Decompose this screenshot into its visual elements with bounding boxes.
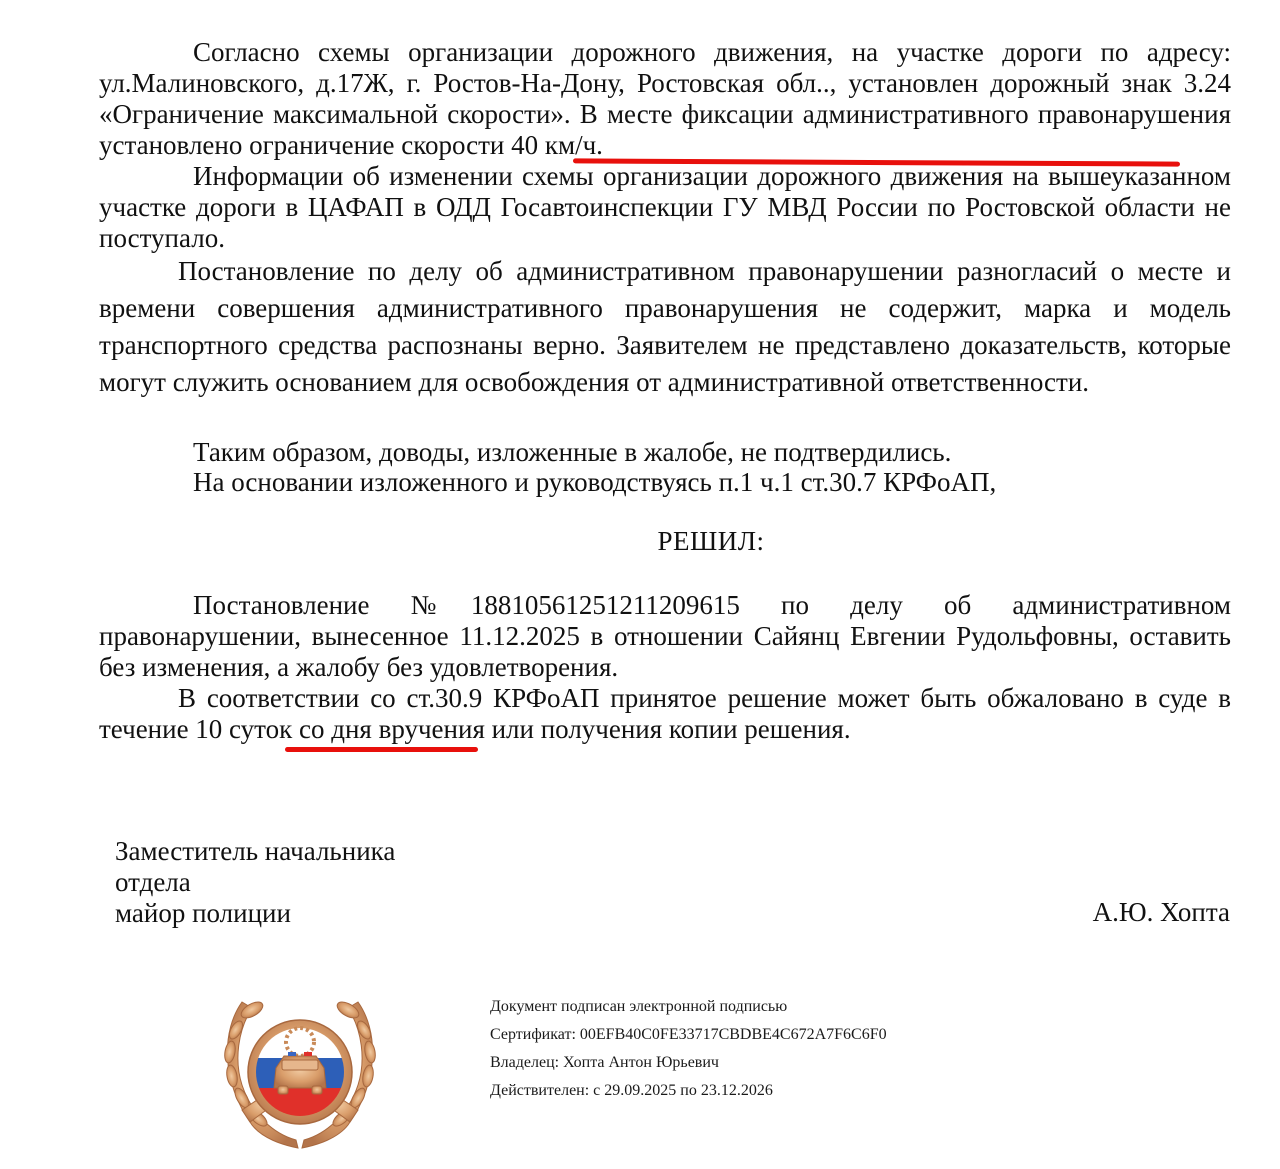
paragraph-conclusion: Таким образом, доводы, изложенные в жало… bbox=[193, 437, 951, 468]
esign-title: Документ подписан электронной подписью bbox=[490, 993, 887, 1021]
paragraph-basis: На основании изложенного и руководствуяс… bbox=[193, 467, 996, 498]
paragraph-scheme: Согласно схемы организации дорожного дви… bbox=[99, 37, 1231, 161]
signer-position: Заместитель начальника отдела майор поли… bbox=[115, 836, 395, 929]
red-underline-appeal-term bbox=[285, 747, 478, 752]
esign-owner: Владелец: Хопта Антон Юрьевич bbox=[490, 1049, 887, 1077]
esign-certificate: Сертификат: 00EFB40C0FE33717CBDBE4C672A7… bbox=[490, 1021, 887, 1049]
decision-heading: РЕШИЛ: bbox=[0, 526, 1280, 557]
traffic-police-emblem-icon bbox=[212, 990, 388, 1160]
signer-position-line: Заместитель начальника bbox=[115, 836, 395, 867]
paragraph-no-changes: Информации об изменении схемы организаци… bbox=[99, 161, 1231, 254]
electronic-signature-block: Документ подписан электронной подписью С… bbox=[490, 993, 887, 1105]
signer-position-line: майор полиции bbox=[115, 898, 395, 929]
signer-position-line: отдела bbox=[115, 867, 395, 898]
paragraph-ruling: Постановление №18810561251211209615 по д… bbox=[99, 590, 1231, 683]
document-page: Согласно схемы организации дорожного дви… bbox=[0, 0, 1280, 1169]
paragraph-appeal: В соответствии со ст.30.9 КРФоАП принято… bbox=[99, 683, 1231, 745]
signer-name: А.Ю. Хопта bbox=[1093, 897, 1230, 928]
paragraph-no-disagreement: Постановление по делу об административно… bbox=[99, 253, 1231, 401]
esign-validity: Действителен: с 29.09.2025 по 23.12.2026 bbox=[490, 1077, 887, 1105]
